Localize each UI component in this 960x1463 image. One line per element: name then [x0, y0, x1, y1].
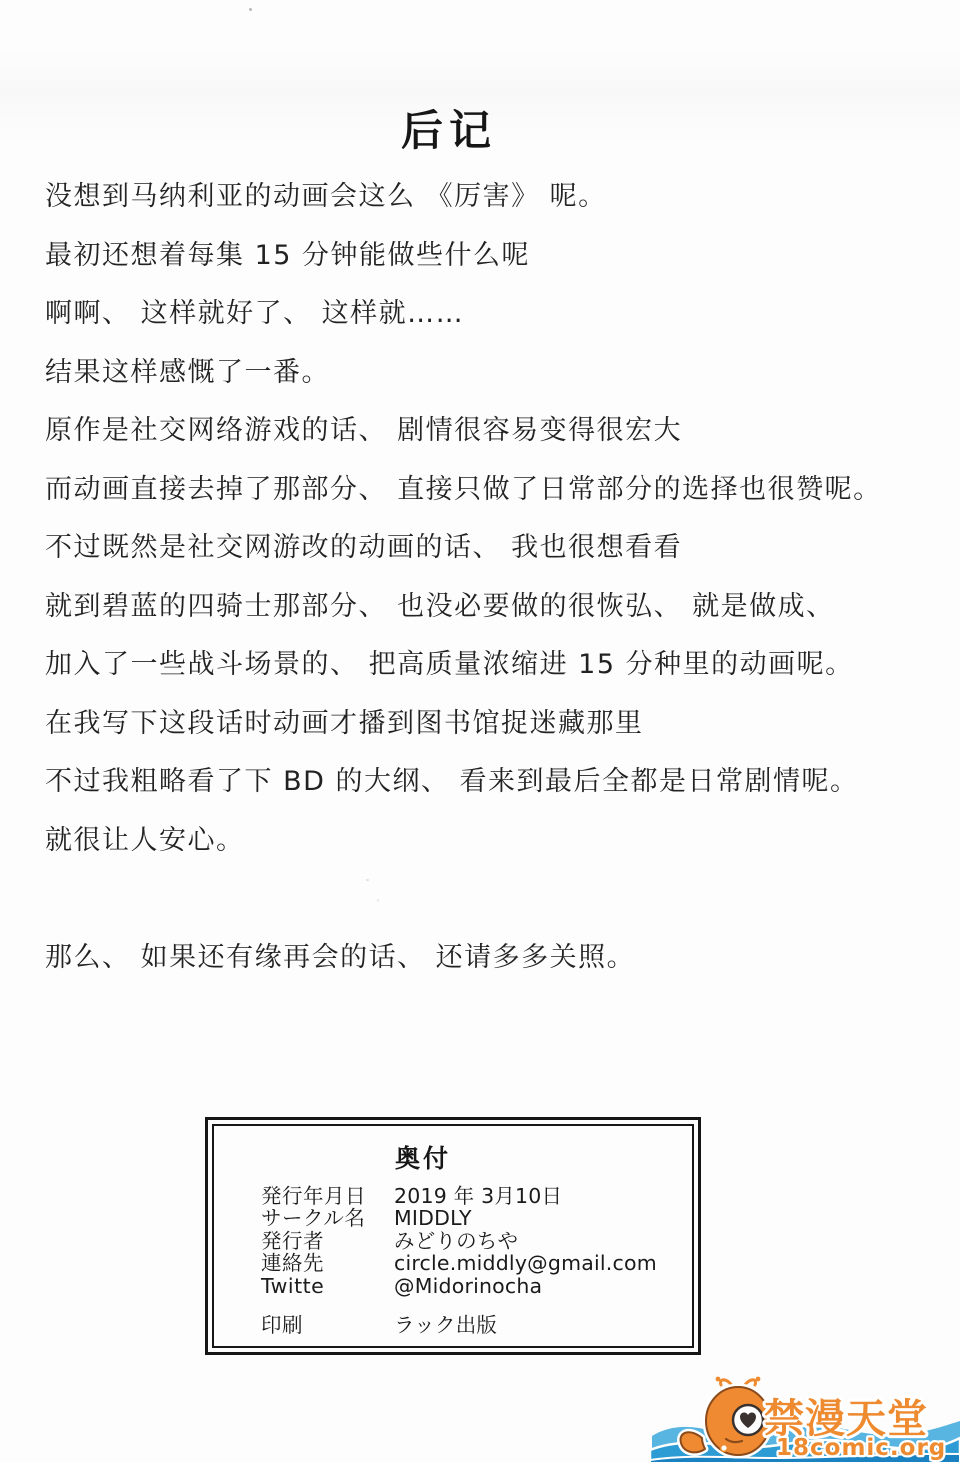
colophon-value: MIDDLY [394, 1207, 692, 1229]
colophon-value: 2019 年 3月10日 [394, 1185, 692, 1207]
afterword-line: 不过既然是社交网游改的动画的话、 我也很想看看 [45, 519, 925, 578]
colophon-label: サークル名 [261, 1207, 394, 1229]
afterword-page: 后记 没想到马纳利亚的动画会这么 《厉害》 呢。 最初还想着每集 15 分钟能做… [0, 0, 960, 1463]
afterword-line: 不过我粗略看了下 BD 的大纲、 看来到最后全都是日常剧情呢。 [45, 753, 925, 812]
afterword-line: 就到碧蓝的四骑士那部分、 也没必要做的很恢弘、 就是做成、 [45, 578, 925, 637]
colophon-value: みどりのちや [394, 1230, 692, 1252]
colophon-row: 発行年月日 2019 年 3月10日 [261, 1185, 692, 1207]
colophon-value: ラック出版 [394, 1314, 692, 1336]
afterword-line: 在我写下这段话时动画才播到图书馆捉迷藏那里 [45, 695, 925, 754]
colophon-label: 印刷 [261, 1314, 394, 1336]
colophon-row: 連絡先 circle.middly@gmail.com [261, 1252, 692, 1274]
scan-speck [249, 8, 252, 11]
afterword-line: 就很让人安心。 [45, 812, 925, 871]
afterword-line: 最初还想着每集 15 分钟能做些什么呢 [45, 227, 925, 286]
colophon-row: 発行者 みどりのちや [261, 1230, 692, 1252]
watermark-logo: 禁漫天堂 18comic.org [650, 1370, 960, 1463]
page-title: 后记 [0, 98, 929, 158]
afterword-line: 那么、 如果还有缘再会的话、 还请多多关照。 [45, 929, 925, 988]
colophon-row: 印刷 ラック出版 [261, 1314, 692, 1336]
site-url-text: 18comic.org [776, 1435, 946, 1461]
colophon-box: 奥付 発行年月日 2019 年 3月10日 サークル名 MIDDLY 発行者 み… [205, 1117, 701, 1355]
afterword-line: 加入了一些战斗场景的、 把高质量浓缩进 15 分种里的动画呢。 [45, 636, 925, 695]
site-watermark: 禁漫天堂 18comic.org [650, 1370, 960, 1463]
afterword-line: 没想到马纳利亚的动画会这么 《厉害》 呢。 [45, 168, 925, 227]
colophon-value: @Midorinocha [394, 1275, 692, 1297]
colophon-inner-border: 奥付 発行年月日 2019 年 3月10日 サークル名 MIDDLY 発行者 み… [212, 1124, 694, 1348]
colophon-row: Twitte @Midorinocha [261, 1275, 692, 1297]
afterword-line: 原作是社交网络游戏的话、 剧情很容易变得很宏大 [45, 402, 925, 461]
whale-mascot-icon [681, 1377, 770, 1455]
afterword-line: 而动画直接去掉了那部分、 直接只做了日常部分的选择也很赞呢。 [45, 461, 925, 520]
colophon-rows: 発行年月日 2019 年 3月10日 サークル名 MIDDLY 発行者 みどりの… [214, 1185, 692, 1336]
afterword-line: 啊啊、 这样就好了、 这样就…… [45, 285, 925, 344]
colophon-label: 発行年月日 [261, 1185, 394, 1207]
colophon-row: サークル名 MIDDLY [261, 1207, 692, 1229]
afterword-line: 结果这样感慨了一番。 [45, 344, 925, 403]
colophon-label: 発行者 [261, 1230, 394, 1252]
colophon-title: 奥付 [184, 1139, 662, 1175]
afterword-text: 没想到马纳利亚的动画会这么 《厉害》 呢。 最初还想着每集 15 分钟能做些什么… [45, 168, 925, 987]
colophon-label: 連絡先 [261, 1252, 394, 1274]
colophon-label: Twitte [261, 1275, 394, 1297]
colophon-value: circle.middly@gmail.com [394, 1252, 692, 1274]
